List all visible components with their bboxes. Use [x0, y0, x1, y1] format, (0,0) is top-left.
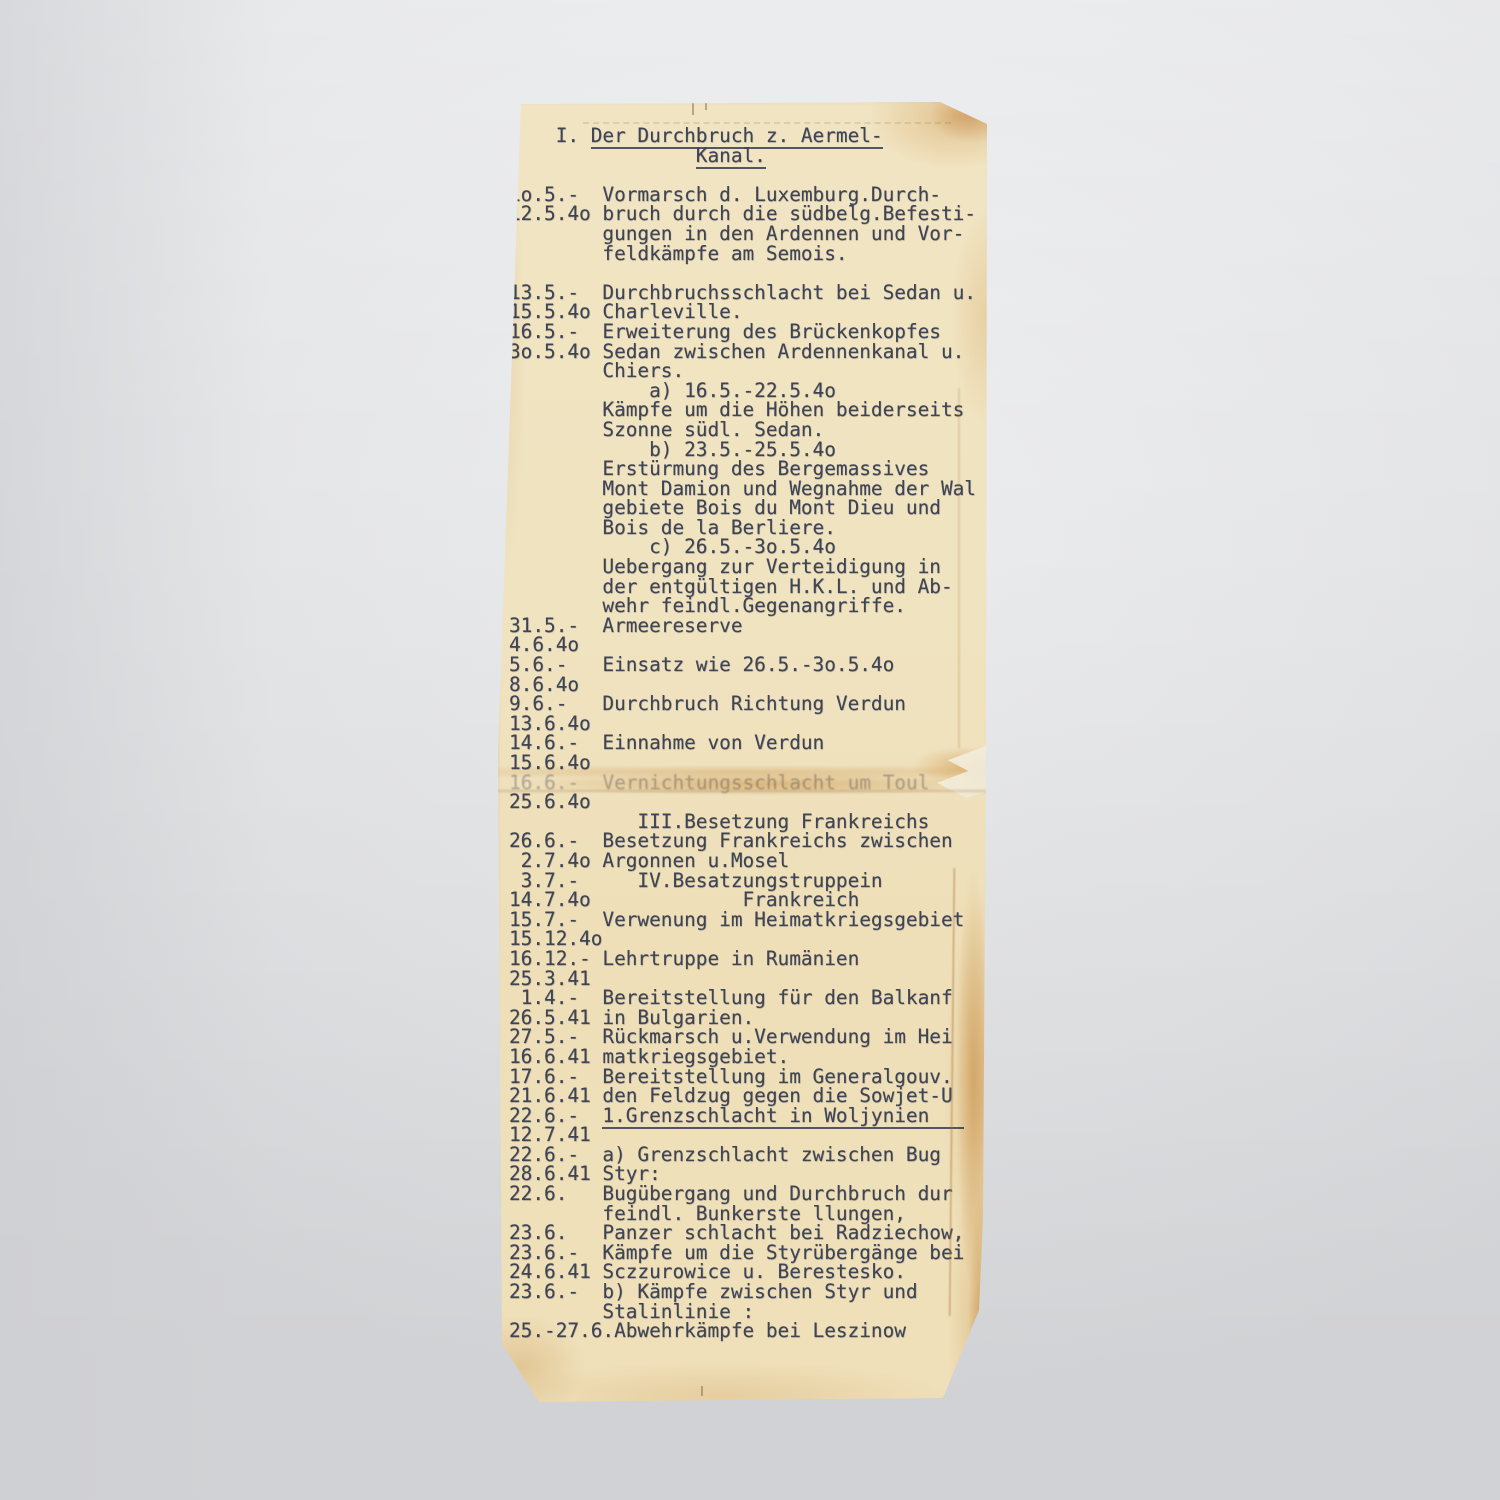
- right-edge-crease-faint: [958, 388, 960, 748]
- doc-line: Szonne südl. Sedan.: [509, 420, 989, 440]
- underlined-text: Kanal.: [696, 144, 766, 169]
- doc-line: 21.6.41 den Feldzug gegen die Sowjet-U: [509, 1086, 989, 1106]
- bottom-tear-mark: [701, 1386, 703, 1396]
- doc-line: gebiete Bois du Mont Dieu und: [509, 498, 989, 518]
- top-tear-mark: [705, 100, 707, 110]
- doc-line: [509, 263, 989, 283]
- doc-line: 23.6.- b) Kämpfe zwischen Styr und: [509, 1282, 989, 1302]
- doc-line: 2.7.4o Argonnen u.Mosel: [509, 851, 989, 871]
- doc-line: 15.6.4o: [509, 753, 989, 773]
- top-tear-mark: [692, 100, 694, 115]
- doc-line: Chiers.: [509, 361, 989, 381]
- doc-line: 27.5.- Rückmarsch u.Verwendung im Hei: [509, 1027, 989, 1047]
- doc-line: 16.6.41 matkriegsgebiet.: [509, 1047, 989, 1067]
- doc-line: 25.-27.6.Abwehrkämpfe bei Leszinow: [509, 1321, 989, 1341]
- fold-crease: [495, 790, 993, 792]
- doc-line: 5.6.- Einsatz wie 26.5.-3o.5.4o: [509, 655, 989, 675]
- doc-line: Erstürmung des Bergemassives: [509, 459, 989, 479]
- document-text: I. Der Durchbruch z. Aermel- Kanal. 1o.5…: [509, 126, 989, 1341]
- doc-line: 16.12.- Lehrtruppe in Rumänien: [509, 949, 989, 969]
- doc-line: 1.4.- Bereitstellung für den Balkanf: [509, 988, 989, 1008]
- doc-line: 25.6.4o: [509, 792, 989, 812]
- doc-line: 15.12.4o: [509, 929, 989, 949]
- underlined-text: 1.Grenzschlacht in Woljynien: [602, 1104, 964, 1129]
- doc-line: wehr feindl.Gegenangriffe.: [509, 596, 989, 616]
- doc-line: I. Der Durchbruch z. Aermel-: [509, 126, 989, 146]
- doc-line: 15.5.4o Charleville.: [509, 302, 989, 322]
- doc-line: 9.6.- Durchbruch Richtung Verdun: [509, 694, 989, 714]
- doc-line: gungen in den Ardennen und Vor-: [509, 224, 989, 244]
- photo-backdrop: I. Der Durchbruch z. Aermel- Kanal. 1o.5…: [0, 0, 1500, 1500]
- doc-line: 16.5.- Erweiterung des Brückenkopfes: [509, 322, 989, 342]
- doc-line: Uebergang zur Verteidigung in: [509, 557, 989, 577]
- doc-line: 23.6. Panzer schlacht bei Radziechow,: [509, 1223, 989, 1243]
- document-paper: I. Der Durchbruch z. Aermel- Kanal. 1o.5…: [495, 98, 993, 1424]
- doc-line: Kämpfe um die Höhen beiderseits: [509, 400, 989, 420]
- doc-line: 22.6. Bugübergang und Durchbruch dur: [509, 1184, 989, 1204]
- doc-line: 14.7.4o Frankreich: [509, 890, 989, 910]
